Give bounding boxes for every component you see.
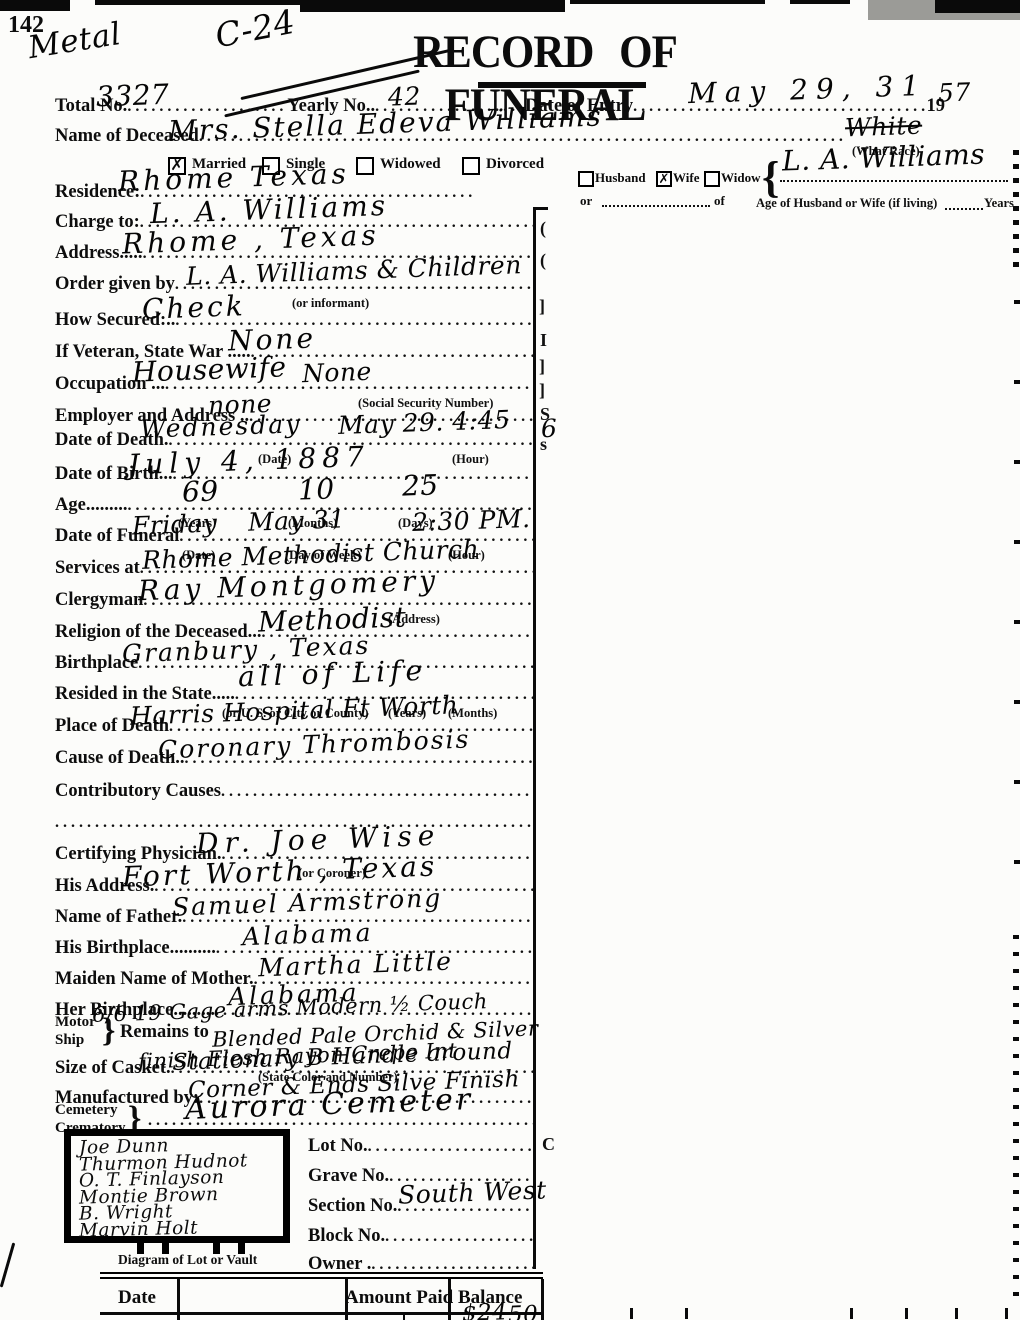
scan-edge-artifact [0, 0, 70, 11]
cemetery-label: Cemetery [55, 1102, 117, 1119]
ruling-tick [955, 1308, 958, 1319]
contributory-label: Contributory Causes [55, 781, 221, 802]
motor-label: Motor [55, 1014, 96, 1031]
scan-edge-artifact [935, 0, 1020, 13]
diagram-caption: Diagram of Lot or Vault [118, 1252, 257, 1268]
scan-edge-artifact [570, 0, 765, 4]
services-at-label: Services at [55, 558, 140, 579]
date-of-death-day: Wednesday [140, 411, 302, 442]
entry-year-value: 57 [938, 79, 972, 105]
payment-amount-value: $24 [462, 1301, 508, 1320]
how-secured-value: Check [142, 292, 247, 324]
leader-dots: ........................................… [221, 783, 533, 801]
grave-no-label: Grave No. [308, 1166, 389, 1187]
block-no-row: Block No. ..............................… [308, 1226, 533, 1252]
divorced-label: Divorced [486, 156, 544, 173]
scan-edge-artifact [300, 0, 565, 12]
race-value: White [845, 113, 923, 141]
or-label: or [580, 193, 592, 209]
father-label: Name of Father. [55, 907, 182, 928]
checkbox-wife: ✗ [656, 171, 672, 187]
age-months-value: 10 [298, 475, 336, 504]
funeral-date-value: May 31 [248, 506, 346, 534]
date-of-death-date: May 29. 4:45 [338, 407, 511, 438]
column-divider [533, 207, 536, 1269]
checkbox-widow [704, 171, 720, 187]
age-of-spouse-label: Age of Husband or Wife (if living) [756, 196, 937, 211]
checkbox-divorced [462, 157, 480, 175]
check-mark: ✗ [659, 173, 670, 186]
cutoff-handwriting: 6 [541, 416, 558, 442]
table-header-amount-paid: Amount Paid [345, 1287, 453, 1309]
lot-no-label: Lot No. [308, 1136, 368, 1157]
scan-edge-dashes [1013, 935, 1019, 1305]
funeral-hour-value: 2:30 PM. [412, 506, 531, 535]
ruling-tick [685, 1308, 688, 1319]
his-birthplace-value: Alabama [242, 920, 374, 950]
widow-label: Widow [721, 170, 761, 186]
leader-line [945, 208, 983, 210]
table-cents-divider [403, 1315, 405, 1320]
spouse-name-value: L. A. Williams [782, 140, 986, 175]
age-days-value: 25 [402, 471, 440, 500]
scan-edge-dashes [1013, 150, 1019, 270]
scan-edge-artifact [790, 0, 850, 4]
total-no-value: 3327 [96, 81, 170, 112]
occupation-value: Housewife [132, 353, 287, 386]
table-header-date: Date [118, 1287, 156, 1309]
casket-label: Size of Casket. [55, 1058, 171, 1079]
of-label: of [714, 193, 725, 209]
lot-no-row: Lot No. ................................… [308, 1136, 533, 1162]
date-of-entry-value: May 29, 31 [688, 72, 928, 108]
block-no-label: Block No. [308, 1226, 385, 1247]
husband-label: Husband [595, 170, 646, 186]
clergyman-label: Clergyman [55, 590, 143, 611]
section-no-label: Section No. [308, 1196, 397, 1217]
ruling-tick [630, 1308, 633, 1319]
title-underline [478, 82, 646, 88]
wife-label: Wife [673, 170, 699, 186]
age-label: Age......... [55, 495, 127, 516]
resided-value: all of Life [238, 657, 428, 692]
age-years-value: 69 [182, 477, 220, 506]
table-right-edge [541, 1279, 544, 1320]
cutoff-glyph: C [542, 1134, 555, 1155]
payment-cents-value: 50 [508, 1303, 539, 1320]
leader-line [780, 180, 1008, 182]
cutoff-glyph: ] [539, 356, 545, 377]
mother-value: Martha Little [258, 949, 454, 981]
section-no-value: South West [398, 1177, 547, 1207]
his-birthplace-label: His Birthplace.......... [55, 938, 216, 959]
lot-diagram-box: Joe Dunn Thurmon Hudnot O. T. Finlayson … [64, 1129, 290, 1243]
ruling-tick [850, 1308, 853, 1319]
checkbox-widowed [356, 157, 374, 175]
cutoff-glyph: ( [540, 250, 546, 271]
scan-edge-dashes [1014, 300, 1020, 920]
ruling-tick [905, 1308, 908, 1319]
widowed-label: Widowed [380, 156, 441, 173]
funeral-record-scan: 142 Metal C-24 RECORD OF FUNERAL Total N… [0, 0, 1020, 1320]
contributory-row: Contributory Causes ....................… [55, 781, 533, 807]
cutoff-glyph: ] [539, 296, 545, 317]
cutoff-glyph: ( [540, 218, 546, 239]
funeral-day-value: Friday [132, 511, 218, 539]
ship-label: Ship [55, 1032, 84, 1049]
leader-dots: ........................................… [385, 1228, 533, 1246]
cutoff-glyph: I [540, 330, 547, 351]
years-label: Years [984, 196, 1014, 211]
ruling-tick [1005, 1308, 1008, 1319]
cutoff-glyph: ] [539, 380, 545, 401]
or-informant-sublabel: (or informant) [292, 296, 369, 311]
leader-dots: ........................................… [368, 1138, 533, 1156]
checkbox-husband [578, 171, 594, 187]
lot-name: Marvin Holt [79, 1218, 283, 1240]
leader-line [602, 205, 710, 207]
pen-stroke [0, 1242, 15, 1287]
mother-label: Maiden Name of Mother. [55, 969, 254, 990]
ssn-value: None [302, 359, 373, 386]
column-divider-tick [533, 207, 548, 210]
note-code-handwriting: C-24 [213, 5, 298, 53]
